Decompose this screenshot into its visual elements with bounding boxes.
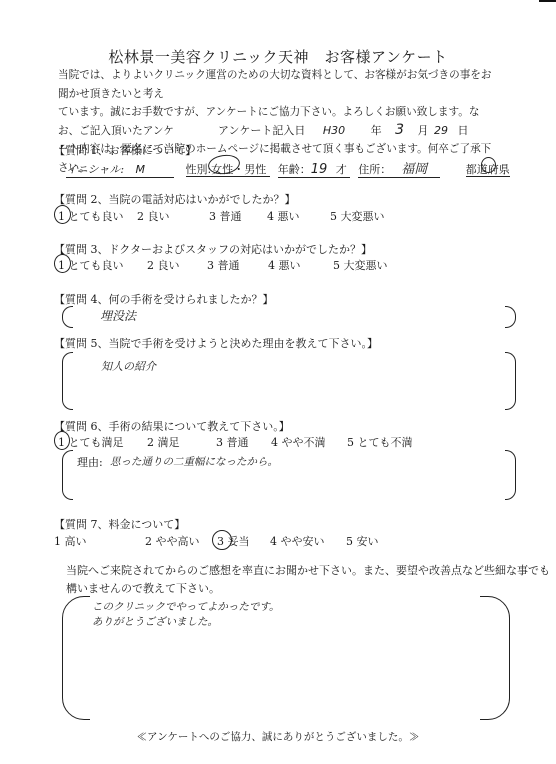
q7-heading: 【質問 7、料金について】 (54, 516, 185, 532)
q2-option-5[interactable]: 5 大変悪い (330, 208, 385, 224)
document-title: 松林景一美容クリニック天神 お客様アンケート (0, 46, 556, 67)
date-era-year[interactable]: H30 (323, 124, 345, 137)
date-day[interactable]: 29 (434, 124, 448, 137)
q6-reason-label: 理由: (77, 454, 103, 470)
comments-answer[interactable]: このクリニックでやってよかったです。 ありがとうございました。 (92, 600, 280, 630)
initial-value: M (136, 163, 146, 176)
initial-field[interactable]: イニシャル: M (66, 161, 174, 178)
q6-reason-answer[interactable]: 思った通りの二重幅になったから。 (110, 454, 278, 469)
q6-option-3[interactable]: 3 普通 (216, 434, 249, 450)
survey-date-row: アンケート記入日 H30 年 3 月 29 日 (218, 122, 469, 138)
q7-selected-circle (212, 530, 232, 550)
q3-option-5[interactable]: 5 大変悪い (333, 257, 388, 273)
q2-option-2[interactable]: 2 良い (137, 208, 170, 224)
q7-option-2[interactable]: 2 やや高い (145, 533, 200, 549)
q3-option-2[interactable]: 2 良い (147, 257, 180, 273)
date-month[interactable]: 3 (395, 122, 404, 138)
q4-heading: 【質問 4、何の手術を受けられましたか？】 (54, 291, 274, 307)
month-label: 月 (418, 124, 429, 137)
initial-label: イニシャル: (66, 163, 124, 176)
q5-box-left-bracket (62, 352, 73, 410)
q4-box-right-bracket (505, 306, 516, 328)
address-value: 福岡 (401, 162, 427, 177)
q6-selected-circle (54, 431, 70, 450)
q3-selected-circle (54, 254, 71, 273)
q1-customer-info: イニシャル: M 性別:女性・男性 年齢：19 才 住所：福岡 都道府県 (66, 158, 510, 178)
comments-prompt-line: 当院へご来院されてからのご感想を率直にお聞かせ下さい。また、要望や改善点など些細… (66, 562, 550, 580)
age-unit: 才 (336, 163, 347, 176)
age-value: 19 (311, 162, 328, 177)
q1-heading: 【質問 1、お客様について】 (54, 142, 196, 158)
q6-box-right-bracket (505, 450, 516, 500)
comments-prompt: 当院へご来院されてからのご感想を率直にお聞かせ下さい。また、要望や改善点など些細… (66, 562, 550, 598)
year-label: 年 (371, 124, 382, 137)
q6-box-left-bracket (62, 450, 73, 500)
q7-option-1[interactable]: 1 高い (54, 533, 87, 549)
comments-box-top-gap (90, 594, 480, 598)
address-field[interactable]: 住所：福岡 (358, 158, 440, 178)
scan-edge-mark (539, 0, 556, 2)
day-label: 日 (458, 124, 469, 137)
gender-option-male[interactable]: 男性 (244, 163, 266, 176)
q6-option-5[interactable]: 5 とても不満 (347, 434, 413, 450)
q2-option-4[interactable]: 4 悪い (267, 208, 300, 224)
q2-option-3[interactable]: 3 普通 (209, 208, 242, 224)
q3-heading: 【質問 3、ドクターおよびスタッフの対応はいかがでしたか？】 (54, 241, 372, 257)
q5-box-right-bracket (505, 352, 516, 410)
comments-answer-line: このクリニックでやってよかったです。 (92, 600, 280, 615)
date-label: アンケート記入日 (218, 124, 305, 137)
q6-option-2[interactable]: 2 満足 (147, 434, 180, 450)
q4-answer[interactable]: 埋没法 (100, 307, 136, 324)
address-label: 住所： (358, 163, 391, 176)
q6-option-4[interactable]: 4 やや不満 (271, 434, 326, 450)
comments-box-bottom-gap (90, 716, 480, 720)
q3-option-4[interactable]: 4 悪い (268, 257, 301, 273)
q4-box-left-bracket (62, 306, 73, 328)
age-label: 年齢： (278, 163, 311, 176)
prefecture-selected-circle (481, 157, 496, 173)
q7-option-5[interactable]: 5 安い (346, 533, 379, 549)
intro-line: 当院では、よりよいクリニック運営のための大切な資料として、お客様がお気づきの事を… (58, 66, 498, 103)
q6-heading: 【質問 6、手術の結果について教えて下さい。】 (54, 418, 290, 434)
q3-option-3[interactable]: 3 普通 (207, 257, 240, 273)
q5-heading: 【質問 5、当院で手術を受けようと決めた理由を教えて下さい。】 (54, 335, 378, 351)
q2-selected-circle (54, 205, 71, 224)
q7-option-4[interactable]: 4 やや安い (270, 533, 325, 549)
comments-answer-line: ありがとうございました。 (92, 615, 280, 630)
q2-heading: 【質問 2、当院の電話対応はいかがでしたか？】 (54, 191, 296, 207)
q5-answer[interactable]: 知人の紹介 (101, 358, 156, 374)
footer-thanks: ≪アンケートへのご協力、誠にありがとうございました。≫ (0, 729, 556, 744)
